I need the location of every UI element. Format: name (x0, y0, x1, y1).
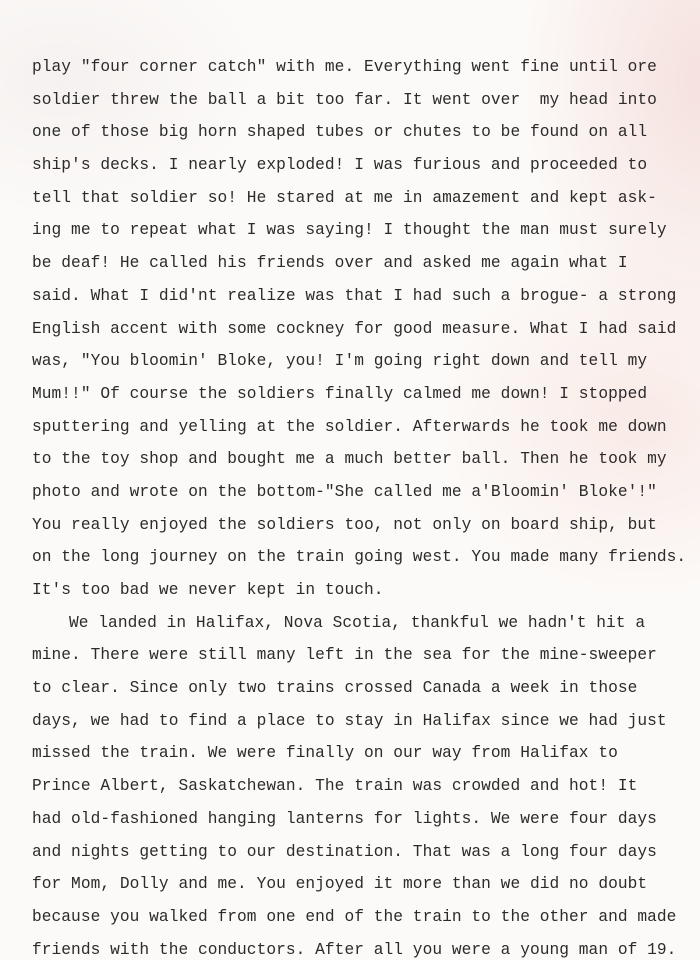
text-line: be deaf! He called his friends over and … (32, 247, 692, 280)
text-line: You really enjoyed the soldiers too, not… (32, 509, 692, 542)
text-line: said. What I did'nt realize was that I h… (32, 280, 692, 313)
text-line: sputtering and yelling at the soldier. A… (32, 411, 692, 444)
text-line: for Mom, Dolly and me. You enjoyed it mo… (32, 868, 692, 901)
text-line: ship's decks. I nearly exploded! I was f… (32, 149, 692, 182)
text-line: days, we had to find a place to stay in … (32, 705, 692, 738)
text-line: mine. There were still many left in the … (32, 639, 692, 672)
text-line: soldier threw the ball a bit too far. It… (32, 84, 692, 117)
text-line: It's too bad we never kept in touch. (32, 574, 692, 607)
text-line: play "four corner catch" with me. Everyt… (32, 51, 692, 84)
typewritten-text-body: play "four corner catch" with me. Everyt… (32, 51, 692, 960)
text-line: Prince Albert, Saskatchewan. The train w… (32, 770, 692, 803)
text-line: Mum!!" Of course the soldiers finally ca… (32, 378, 692, 411)
text-line: tell that soldier so! He stared at me in… (32, 182, 692, 215)
text-line: was, "You bloomin' Bloke, you! I'm going… (32, 345, 692, 378)
text-line: photo and wrote on the bottom-"She calle… (32, 476, 692, 509)
text-line: ing me to repeat what I was saying! I th… (32, 214, 692, 247)
text-line: to clear. Since only two trains crossed … (32, 672, 692, 705)
text-line: English accent with some cockney for goo… (32, 313, 692, 346)
paragraph-first-line: We landed in Halifax, Nova Scotia, thank… (32, 607, 692, 640)
text-line: had old-fashioned hanging lanterns for l… (32, 803, 692, 836)
text-line: one of those big horn shaped tubes or ch… (32, 116, 692, 149)
text-line: friends with the conductors. After all y… (32, 934, 692, 960)
text-line: and nights getting to our destination. T… (32, 836, 692, 869)
text-line: to the toy shop and bought me a much bet… (32, 443, 692, 476)
text-line: missed the train. We were finally on our… (32, 737, 692, 770)
text-line: because you walked from one end of the t… (32, 901, 692, 934)
text-line: on the long journey on the train going w… (32, 541, 692, 574)
